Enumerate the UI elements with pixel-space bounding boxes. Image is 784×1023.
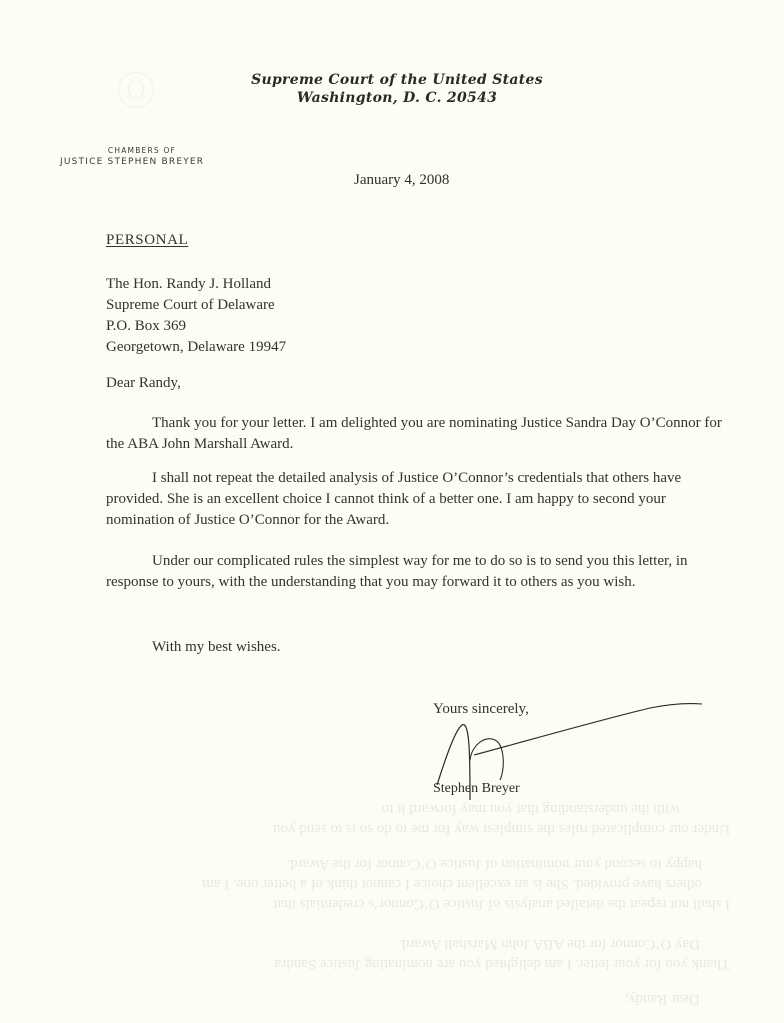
body-paragraph: I shall not repeat the detailed analysis… [106,468,726,531]
bleed-through-text: Day O’Connor for the ABA John Marshall A… [100,935,700,952]
bleed-through-text: others have provided. She is an excellen… [102,875,702,892]
paragraph-text: With my best wishes. [152,639,281,655]
recipient-name: The Hon. Randy J. Holland [106,276,271,293]
body-paragraph: Under our complicated rules the simplest… [106,551,726,593]
closing: Yours sincerely, [433,701,529,718]
chambers-label: CHAMBERS OF [102,146,182,155]
body-paragraph: Thank you for your letter. I am delighte… [106,413,726,455]
chambers-name: JUSTICE STEPHEN BREYER [60,157,204,167]
paragraph-text: I shall not repeat the detailed analysis… [106,470,681,528]
recipient-organization: Supreme Court of Delaware [106,297,275,314]
body-paragraph: With my best wishes. [106,637,726,658]
bleed-through-text: happy to second your nomination of Justi… [102,855,702,872]
recipient-po-box: P.O. Box 369 [106,318,186,335]
bleed-through-text: with the understanding that you may forw… [80,800,680,817]
bleed-through-text: I shall not repeat the detailed analysis… [130,895,730,912]
bleed-through-text: Under our complicated rules the simplest… [130,820,730,837]
paragraph-text: Under our complicated rules the simplest… [106,553,688,590]
personal-marking: PERSONAL [106,232,188,249]
letterhead-court-name: Supreme Court of the United States [5,72,784,88]
bleed-through-text: Thank you for your letter. I am delighte… [130,955,730,972]
bleed-through-text: Dear Randy, [100,990,700,1007]
signatory-name: Stephen Breyer [433,781,520,797]
letterhead-address: Washington, D. C. 20543 [5,90,784,106]
paragraph-text: Thank you for your letter. I am delighte… [106,415,722,452]
salutation: Dear Randy, [106,375,181,392]
letter-date: January 4, 2008 [354,172,449,189]
recipient-city: Georgetown, Delaware 19947 [106,339,286,356]
letter-page: Supreme Court of the United States Washi… [0,0,784,1023]
